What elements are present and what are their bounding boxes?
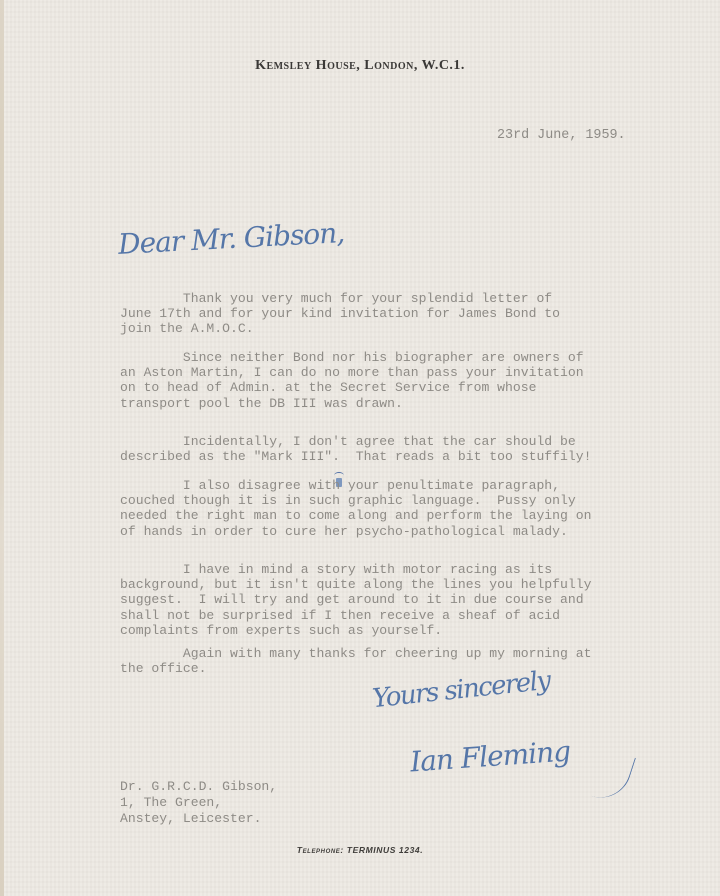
body-paragraph-5: I have in mind a story with motor racing… [120,562,591,638]
telephone-label: Telephone: [297,845,344,855]
body-paragraph-3: Incidentally, I don't agree that the car… [120,434,591,464]
body-paragraph-1: Thank you very much for your splendid le… [120,291,560,337]
recipient-address: Dr. G.R.C.D. Gibson, 1, The Green, Anste… [120,779,277,827]
letter-date: 23rd June, 1959. [497,128,626,143]
letterhead-address: Kemsley House, London, W.C.1. [0,58,720,74]
telephone-number: TERMINUS 1234. [347,845,423,855]
body-paragraph-4: I also disagree with your penultimate pa… [120,478,591,539]
telephone-footer: Telephone: TERMINUS 1234. [0,845,720,855]
signature: Ian Fleming [409,734,571,778]
handwritten-salutation: Dear Mr. Gibson, [117,216,345,261]
letter-page: Kemsley House, London, W.C.1. 23rd June,… [0,0,720,896]
body-paragraph-2: Since neither Bond nor his biographer ar… [120,350,584,411]
signature-flourish-icon [591,748,636,805]
